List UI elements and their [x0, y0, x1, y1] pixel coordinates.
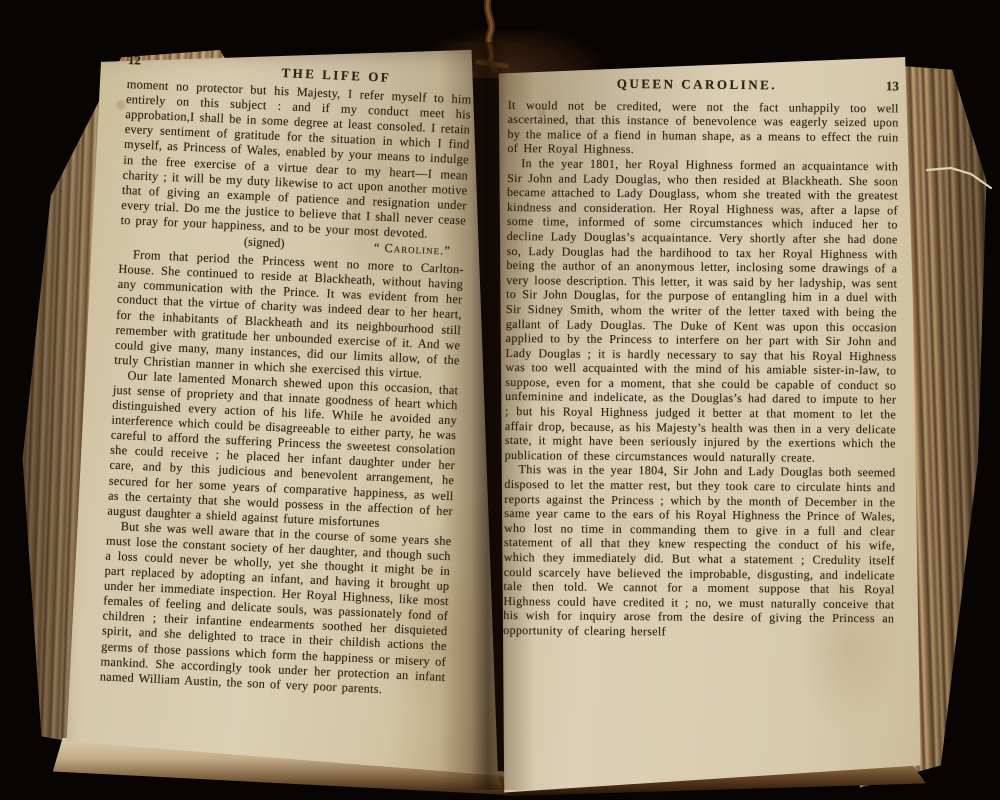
right-running-head: QUEEN CAROLINE. 13 [508, 76, 899, 94]
photograph-of-open-book: 12 THE LIFE OF moment no protector but h… [0, 0, 1000, 800]
paragraph: But she was well aware that in the cours… [100, 518, 452, 700]
right-page-number: 13 [886, 79, 899, 94]
paragraph: moment no protector but his Majesty, I r… [120, 77, 471, 243]
paragraph: Our late lamented Monarch shewed upon th… [107, 368, 458, 534]
paragraph: In the year 1801, her Royal Highness for… [505, 156, 899, 466]
paragraph: From that period the Princess went no mo… [114, 247, 464, 383]
right-running-title: QUEEN CAROLINE. [508, 76, 886, 94]
paragraph: It would not be credited, were not the f… [507, 98, 898, 160]
right-page-text: QUEEN CAROLINE. 13 It would not be credi… [503, 76, 899, 641]
signature-name: “ Caroline.” [374, 240, 452, 259]
paragraph: This was in the year 1804, Sir John and … [503, 462, 896, 641]
signed-label: (signed) [244, 234, 285, 251]
left-page-text: 12 THE LIFE OF moment no protector but h… [100, 58, 473, 700]
left-page-number: 12 [128, 52, 142, 68]
